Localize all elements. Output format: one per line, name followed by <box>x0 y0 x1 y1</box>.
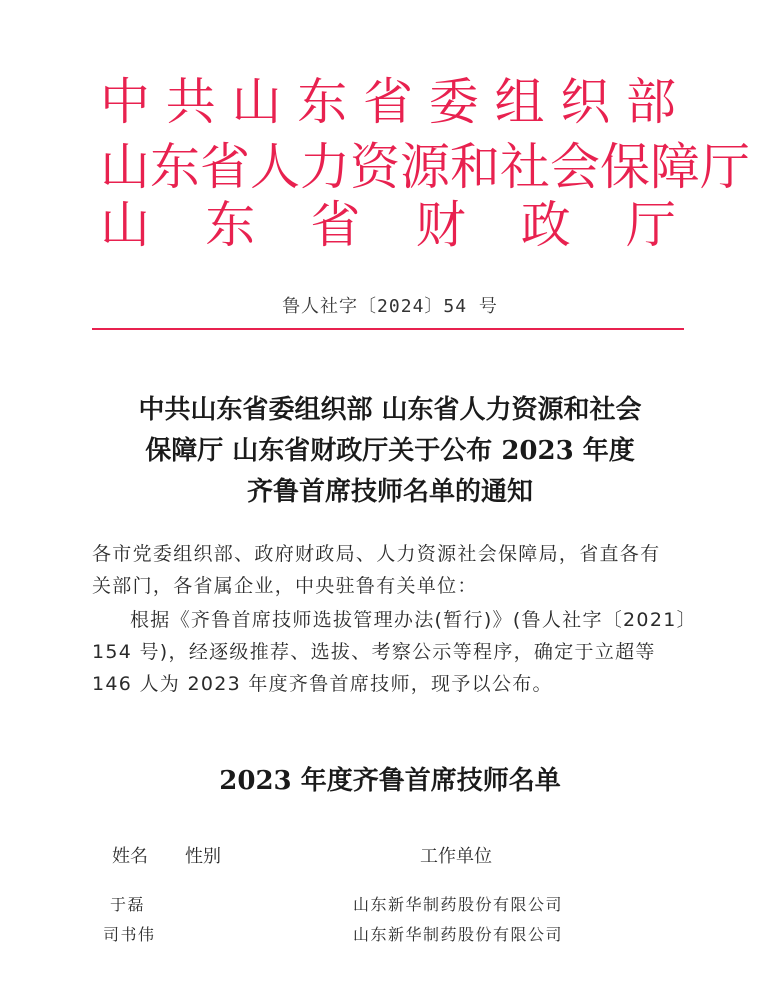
org-char: 政 <box>521 195 571 255</box>
org-char: 山 <box>100 137 150 197</box>
org-char: 厅 <box>626 195 676 255</box>
cell-unit: 山东新华制药股份有限公司 <box>353 922 563 945</box>
org-char: 山 <box>232 72 282 132</box>
notice-title-line: 中共山东省委组织部 山东省人力资源和社会 <box>90 390 690 431</box>
body-line: 根据《齐鲁首席技师选拔管理办法(暂行)》(鲁人社字〔2021〕 <box>92 604 688 636</box>
cell-unit: 山东新华制药股份有限公司 <box>353 892 563 915</box>
org-char: 社 <box>500 137 550 197</box>
org-char: 共 <box>166 72 216 132</box>
body-line: 146 人为 2023 年度齐鲁首席技师，现予以公布。 <box>92 668 688 700</box>
table-row: 于磊 山东新华制药股份有限公司 <box>95 892 615 922</box>
cell-name: 司书伟 <box>103 922 156 945</box>
org-char: 东 <box>297 72 347 132</box>
technician-list-table: 姓名 性别 工作单位 于磊 山东新华制药股份有限公司 司书伟 山东新华制药股份有… <box>95 842 615 872</box>
org-char: 东 <box>150 137 200 197</box>
table-body: 于磊 山东新华制药股份有限公司 司书伟 山东新华制药股份有限公司 <box>95 892 615 952</box>
org-char: 资 <box>350 137 400 197</box>
org-char: 力 <box>300 137 350 197</box>
table-row: 司书伟 山东新华制药股份有限公司 <box>95 922 615 952</box>
notice-title-line: 保障厅 山东省财政厅关于公布 2023 年度 <box>90 431 690 472</box>
salutation: 各市党委组织部、政府财政局、人力资源社会保障局，省直各有 关部门，各省属企业，中… <box>92 538 688 602</box>
org-char: 厅 <box>700 137 750 197</box>
org-char: 织 <box>560 72 610 132</box>
org-char: 会 <box>550 137 600 197</box>
table-header: 姓名 性别 工作单位 <box>95 842 615 872</box>
column-header-name: 姓名 <box>112 842 148 868</box>
org-char: 组 <box>495 72 545 132</box>
org-char: 人 <box>250 137 300 197</box>
org-char: 委 <box>429 72 479 132</box>
org-char: 省 <box>200 137 250 197</box>
column-header-gender: 性别 <box>185 842 221 868</box>
red-divider-line <box>92 328 684 330</box>
org-char: 源 <box>400 137 450 197</box>
cell-name: 于磊 <box>110 892 145 915</box>
org-char: 中 <box>100 72 150 132</box>
org-char: 部 <box>626 72 676 132</box>
org-char: 保 <box>600 137 650 197</box>
column-header-unit: 工作单位 <box>420 842 492 868</box>
notice-title: 中共山东省委组织部 山东省人力资源和社会 保障厅 山东省财政厅关于公布 2023… <box>90 390 690 513</box>
body-paragraph: 根据《齐鲁首席技师选拔管理办法(暂行)》(鲁人社字〔2021〕 154 号)，经… <box>92 604 688 700</box>
org-char: 障 <box>650 137 700 197</box>
org-char: 和 <box>450 137 500 197</box>
issuing-org-line-2: 山 东 省 人 力 资 源 和 社 会 保 障 厅 <box>100 137 676 197</box>
salutation-line: 关部门，各省属企业，中央驻鲁有关单位： <box>92 570 688 602</box>
salutation-line: 各市党委组织部、政府财政局、人力资源社会保障局，省直各有 <box>92 538 688 570</box>
org-char: 山 <box>100 195 150 255</box>
body-line: 154 号)，经逐级推荐、选拔、考察公示等程序，确定于立超等 <box>92 636 688 668</box>
issuing-org-line-3: 山 东 省 财 政 厅 <box>100 195 676 255</box>
notice-title-line: 齐鲁首席技师名单的通知 <box>90 472 690 513</box>
issuing-org-line-1: 中 共 山 东 省 委 组 织 部 <box>100 72 676 132</box>
list-title: 2023 年度齐鲁首席技师名单 <box>0 760 780 797</box>
document-number: 鲁人社字〔2024〕54 号 <box>0 292 780 318</box>
org-char: 东 <box>205 195 255 255</box>
org-char: 财 <box>416 195 466 255</box>
org-char: 省 <box>310 195 360 255</box>
org-char: 省 <box>363 72 413 132</box>
